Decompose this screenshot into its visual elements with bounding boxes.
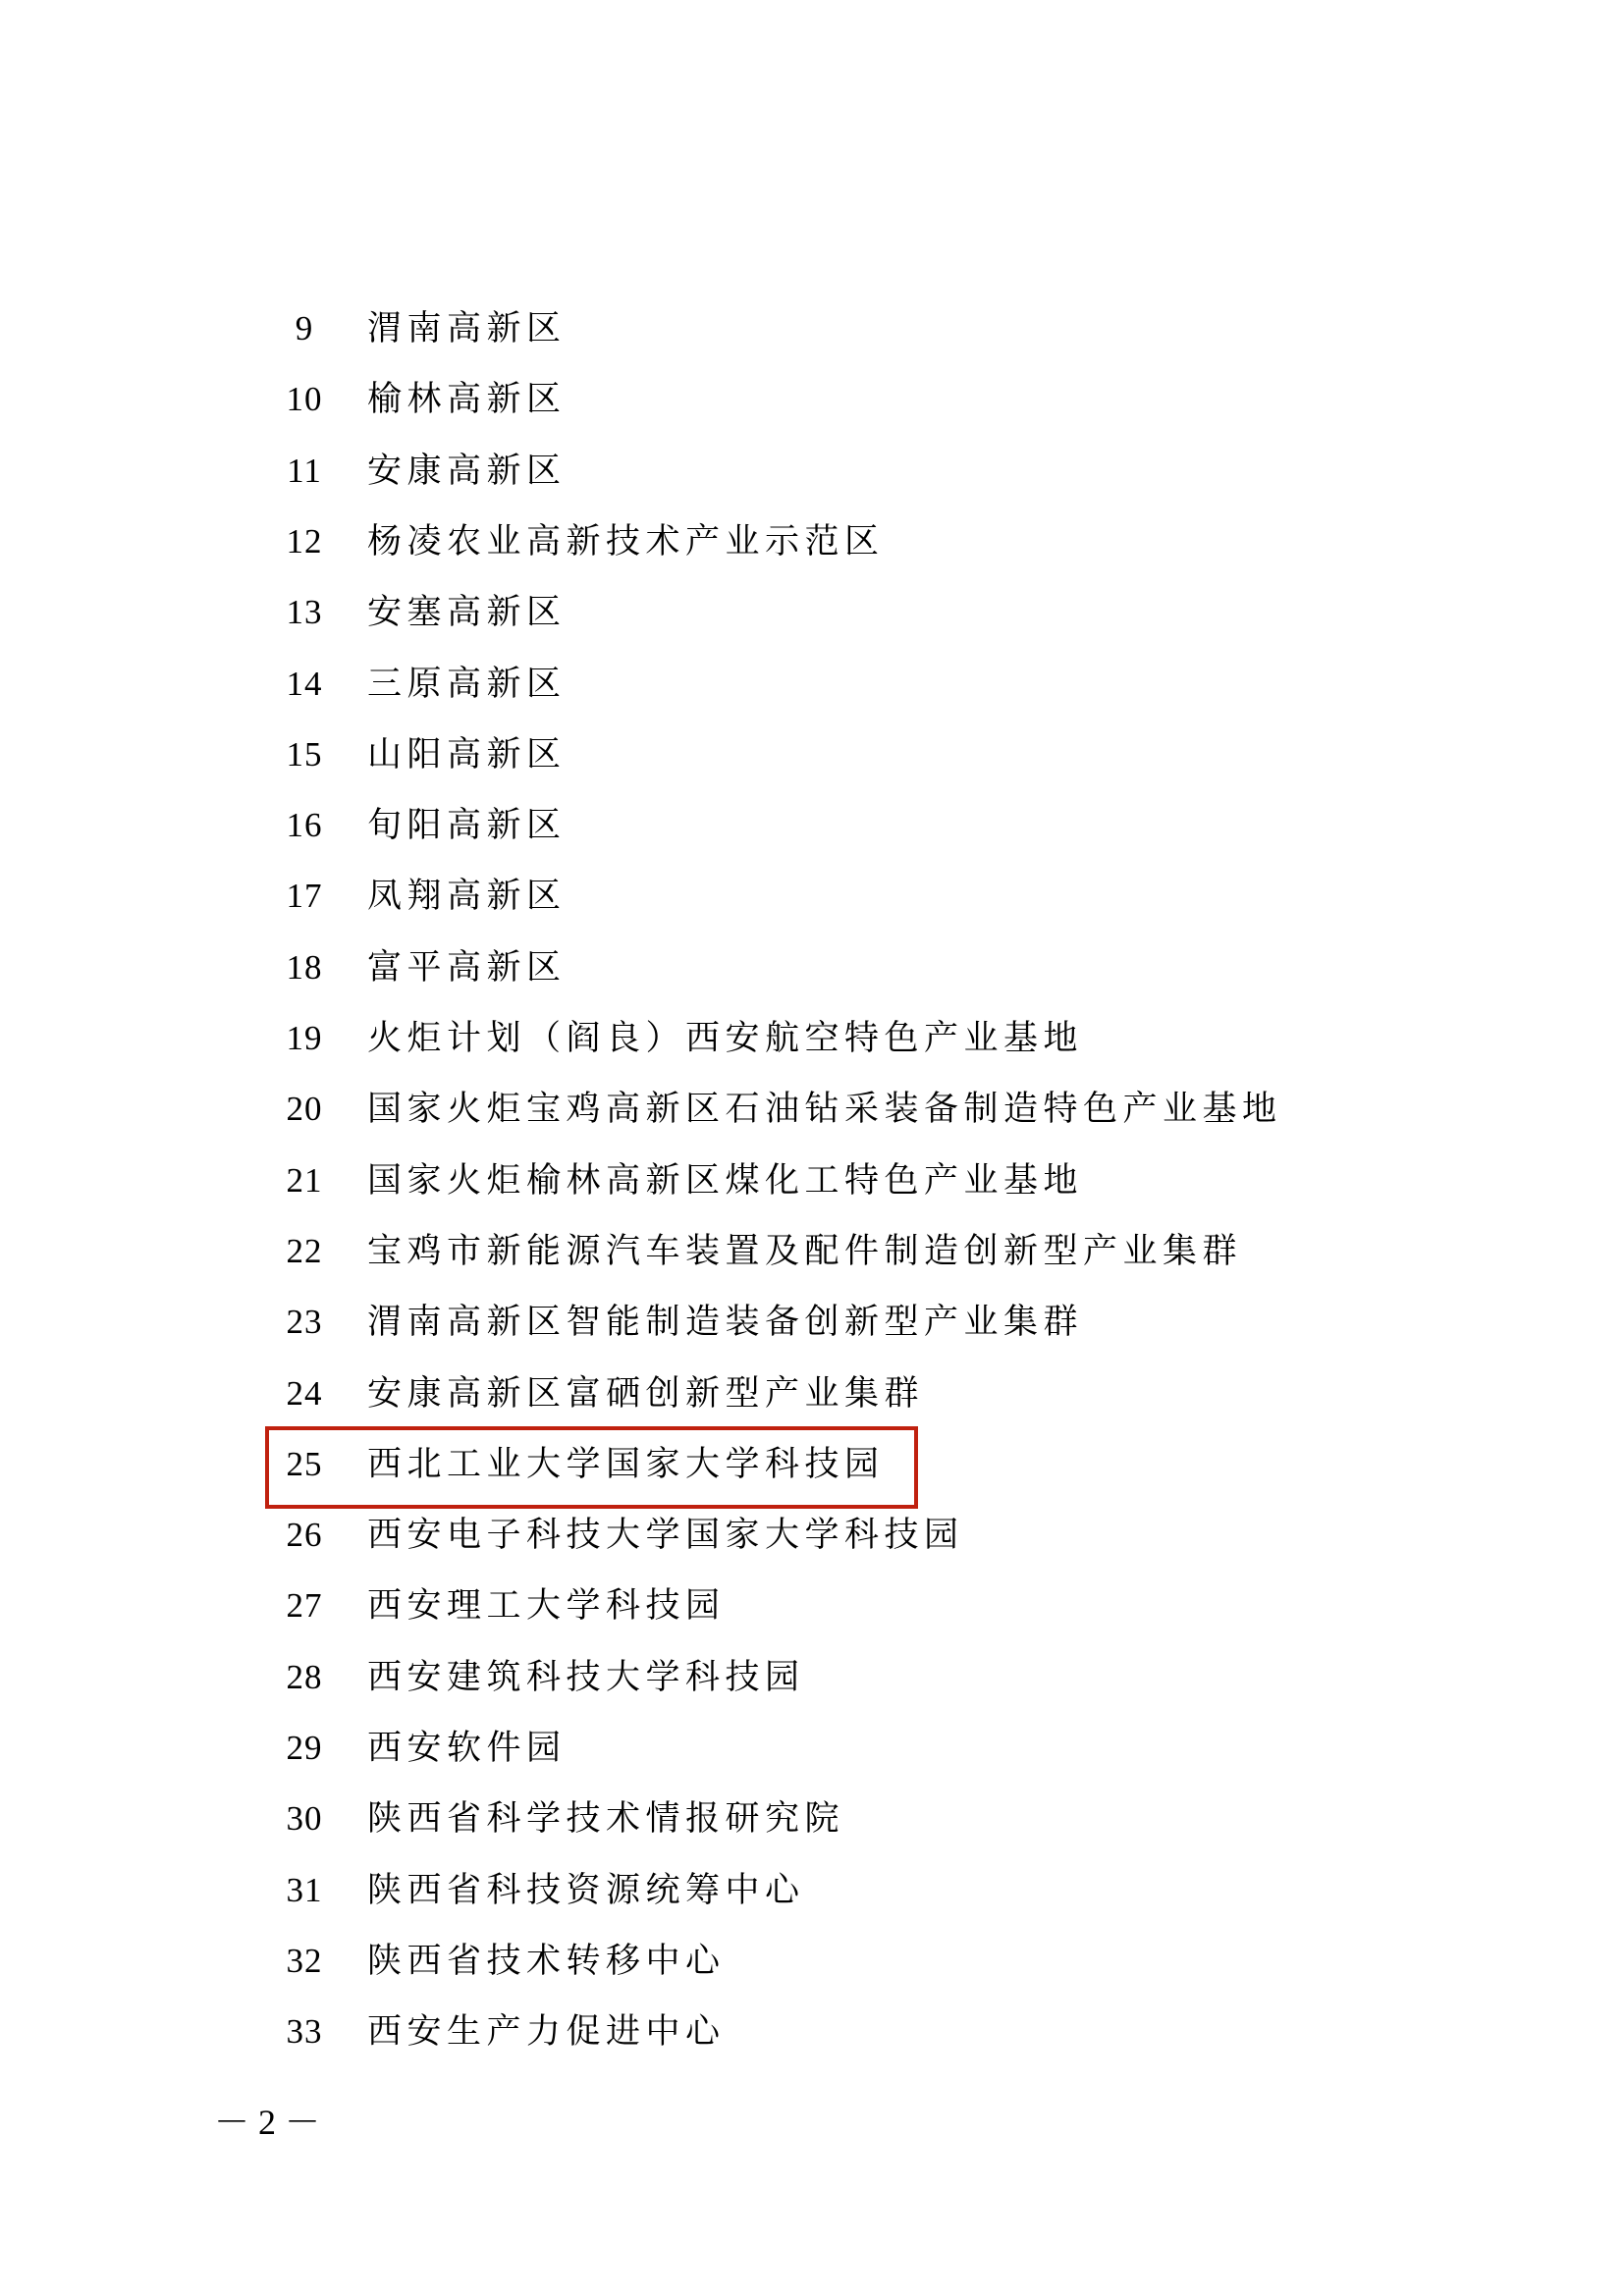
item-name: 三原高新区 <box>367 649 567 720</box>
list-item: 12杨凌农业高新技术产业示范区 <box>0 507 1624 577</box>
list-item: 24安康高新区富硒创新型产业集群 <box>0 1359 1624 1429</box>
item-number: 24 <box>263 1359 346 1429</box>
list-item: 28西安建筑科技大学科技园 <box>0 1642 1624 1713</box>
item-number: 15 <box>263 720 346 790</box>
list-item: 33西安生产力促进中心 <box>0 1997 1624 2067</box>
list-item: 15山阳高新区 <box>0 720 1624 790</box>
item-name: 杨凌农业高新技术产业示范区 <box>367 507 885 577</box>
item-name: 宝鸡市新能源汽车装置及配件制造创新型产业集群 <box>367 1216 1242 1287</box>
item-number: 22 <box>263 1216 346 1287</box>
item-name: 国家火炬宝鸡高新区石油钻采装备制造特色产业基地 <box>367 1074 1282 1145</box>
item-name: 西安软件园 <box>367 1713 567 1784</box>
item-number: 27 <box>263 1571 346 1641</box>
list-item: 16旬阳高新区 <box>0 790 1624 861</box>
item-number: 32 <box>263 1926 346 1997</box>
item-name: 安塞高新区 <box>367 577 567 648</box>
item-name: 陕西省科技资源统筹中心 <box>367 1855 805 1926</box>
item-number: 20 <box>263 1074 346 1145</box>
list-item: 14三原高新区 <box>0 649 1624 720</box>
item-name: 旬阳高新区 <box>367 790 567 861</box>
list-item: 31陕西省科技资源统筹中心 <box>0 1855 1624 1926</box>
item-number: 13 <box>263 577 346 648</box>
item-number: 12 <box>263 507 346 577</box>
item-name: 山阳高新区 <box>367 720 567 790</box>
list-item: 29西安软件园 <box>0 1713 1624 1784</box>
list-item: 30陕西省科学技术情报研究院 <box>0 1784 1624 1854</box>
item-name: 渭南高新区 <box>367 294 567 364</box>
item-number: 16 <box>263 790 346 861</box>
list-item: 20国家火炬宝鸡高新区石油钻采装备制造特色产业基地 <box>0 1074 1624 1145</box>
list-item: 27西安理工大学科技园 <box>0 1571 1624 1641</box>
item-number: 19 <box>263 1003 346 1074</box>
item-number: 14 <box>263 649 346 720</box>
item-name: 西安电子科技大学国家大学科技园 <box>367 1500 964 1571</box>
item-name: 榆林高新区 <box>367 364 567 435</box>
list-item: 9渭南高新区 <box>0 294 1624 364</box>
item-name: 安康高新区 <box>367 436 567 507</box>
item-number: 33 <box>263 1997 346 2067</box>
item-number: 18 <box>263 933 346 1003</box>
list-item: 21国家火炬榆林高新区煤化工特色产业基地 <box>0 1146 1624 1216</box>
item-name: 陕西省科学技术情报研究院 <box>367 1784 844 1854</box>
item-number: 9 <box>263 294 346 364</box>
page-number: － 2 － <box>214 2099 312 2146</box>
item-number: 31 <box>263 1855 346 1926</box>
item-number: 23 <box>263 1287 346 1358</box>
item-name: 西安建筑科技大学科技园 <box>367 1642 805 1713</box>
list-item: 23渭南高新区智能制造装备创新型产业集群 <box>0 1287 1624 1358</box>
list-item: 26西安电子科技大学国家大学科技园 <box>0 1500 1624 1571</box>
item-name: 凤翔高新区 <box>367 861 567 932</box>
item-number: 26 <box>263 1500 346 1571</box>
list-item: 11安康高新区 <box>0 436 1624 507</box>
item-number: 10 <box>263 364 346 435</box>
item-number: 28 <box>263 1642 346 1713</box>
list-item: 19火炬计划（阎良）西安航空特色产业基地 <box>0 1003 1624 1074</box>
item-name: 富平高新区 <box>367 933 567 1003</box>
list-item: 13安塞高新区 <box>0 577 1624 648</box>
item-name: 陕西省技术转移中心 <box>367 1926 726 1997</box>
list-item: 32陕西省技术转移中心 <box>0 1926 1624 1997</box>
item-number: 29 <box>263 1713 346 1784</box>
item-number: 21 <box>263 1146 346 1216</box>
item-name: 国家火炬榆林高新区煤化工特色产业基地 <box>367 1146 1083 1216</box>
item-number: 30 <box>263 1784 346 1854</box>
item-name: 西安理工大学科技园 <box>367 1571 726 1641</box>
list-item: 10榆林高新区 <box>0 364 1624 435</box>
highlight-box <box>265 1426 918 1509</box>
item-name: 渭南高新区智能制造装备创新型产业集群 <box>367 1287 1083 1358</box>
item-number: 17 <box>263 861 346 932</box>
list-item: 17凤翔高新区 <box>0 861 1624 932</box>
item-name: 火炬计划（阎良）西安航空特色产业基地 <box>367 1003 1083 1074</box>
item-name: 安康高新区富硒创新型产业集群 <box>367 1359 924 1429</box>
list-item: 22宝鸡市新能源汽车装置及配件制造创新型产业集群 <box>0 1216 1624 1287</box>
list-item: 18富平高新区 <box>0 933 1624 1003</box>
item-name: 西安生产力促进中心 <box>367 1997 726 2067</box>
item-number: 11 <box>263 436 346 507</box>
